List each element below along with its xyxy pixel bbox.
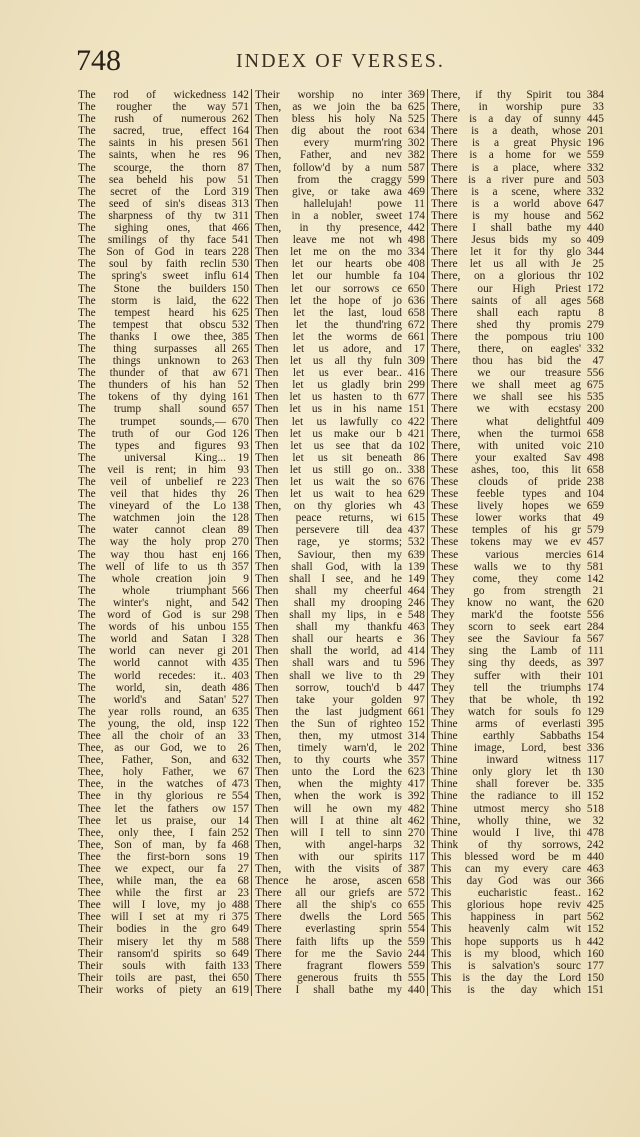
hymn-number: 47	[584, 355, 604, 367]
hymn-number: 623	[405, 766, 425, 778]
index-entry: Then, with the visits of387	[255, 863, 425, 875]
verse-first-line: Thine earthly Sabbaths	[431, 730, 584, 742]
hymn-number: 298	[229, 609, 249, 621]
index-entry: Thee let us praise, our14	[78, 815, 249, 827]
hymn-number: 89	[229, 524, 249, 536]
index-entry: The universal King...19	[78, 452, 249, 464]
verse-first-line: This happiness in part	[431, 911, 584, 923]
index-entry: This heavenly calm wit152	[431, 923, 604, 935]
verse-first-line: There, there, on eagles'	[431, 343, 584, 355]
verse-first-line: The saints, when he res	[78, 149, 229, 161]
verse-first-line: Then shall God, with la	[255, 561, 405, 573]
hymn-number: 559	[584, 149, 604, 161]
index-entry: The trumpet sounds,—670	[78, 416, 249, 428]
hymn-number: 117	[405, 851, 425, 863]
index-entry: These ashes, too, this lit658	[431, 464, 604, 476]
index-entry: Thee we expect, our fa27	[78, 863, 249, 875]
hymn-number: 154	[584, 730, 604, 742]
verse-first-line: The watchmen join the	[78, 512, 229, 524]
index-entry: Then shall I see, and he149	[255, 573, 425, 585]
hymn-number: 262	[229, 113, 249, 125]
hymn-number: 587	[405, 162, 425, 174]
verse-first-line: Thine, wholly thine, we	[431, 815, 584, 827]
verse-first-line: The smilings of thy face	[78, 234, 229, 246]
hymn-number: 200	[584, 403, 604, 415]
hymn-number: 395	[584, 718, 604, 730]
hymn-number: 579	[584, 524, 604, 536]
hymn-number: 102	[405, 440, 425, 452]
verse-first-line: There, with united voic	[431, 440, 584, 452]
verse-first-line: The thunder of that aw	[78, 367, 229, 379]
index-entry: There is a death, whose201	[431, 125, 604, 137]
hymn-number: 473	[229, 778, 249, 790]
hymn-number: 556	[584, 609, 604, 621]
verse-first-line: These clouds of pride	[431, 476, 584, 488]
hymn-number: 440	[584, 222, 604, 234]
index-entry: Thine only glory let th130	[431, 766, 604, 778]
hymn-number: 457	[584, 536, 604, 548]
index-entry: The tempest that obscu532	[78, 319, 249, 331]
verse-first-line: The trump shall sound	[78, 403, 229, 415]
index-entry: This can my every care463	[431, 863, 604, 875]
index-entry: The whole creation join9	[78, 573, 249, 585]
index-entry: There we shall meet ag675	[431, 379, 604, 391]
hymn-number: 244	[405, 948, 425, 960]
index-entry: The veil that hides thy26	[78, 488, 249, 500]
verse-first-line: Then let our humble fa	[255, 270, 405, 282]
hymn-number: 43	[405, 500, 425, 512]
hymn-number: 26	[229, 488, 249, 500]
hymn-number: 614	[584, 549, 604, 561]
verse-first-line: There Jesus bids my so	[431, 234, 584, 246]
verse-first-line: Their bodies in the gro	[78, 923, 229, 935]
index-entry: Then in a nobler, sweet174	[255, 210, 425, 222]
hymn-number: 671	[229, 367, 249, 379]
index-entry: Then shall my drooping246	[255, 597, 425, 609]
index-entry: There shall each raptu8	[431, 307, 604, 319]
hymn-number: 21	[584, 585, 604, 597]
hymn-number: 561	[229, 137, 249, 149]
verse-first-line: These ashes, too, this lit	[431, 464, 584, 476]
index-column-3: There, if thy Spirit tou384There, in wor…	[428, 89, 604, 996]
verse-first-line: The world and Satan I	[78, 633, 229, 645]
index-entry: Then, to thy courts whe357	[255, 754, 425, 766]
verse-first-line: Then peace returns, wi	[255, 512, 405, 524]
verse-first-line: Thine image, Lord, best	[431, 742, 584, 754]
verse-first-line: The types and figures	[78, 440, 229, 452]
hymn-number: 157	[229, 803, 249, 815]
index-entry: Then will I at thine alt462	[255, 815, 425, 827]
hymn-number: 151	[405, 403, 425, 415]
hymn-number: 421	[405, 428, 425, 440]
verse-first-line: The world, sin, death	[78, 682, 229, 694]
verse-first-line: These feeble types and	[431, 488, 584, 500]
verse-first-line: The rougher the way	[78, 101, 229, 113]
index-entry: They sing the Lamb of111	[431, 645, 604, 657]
index-entry: Thine would I live, thi478	[431, 827, 604, 839]
hymn-number: 658	[584, 428, 604, 440]
index-entry: Thee the first-born sons19	[78, 851, 249, 863]
verse-first-line: They mark'd the footste	[431, 609, 584, 621]
hymn-number: 172	[584, 283, 604, 295]
hymn-number: 636	[405, 295, 425, 307]
verse-first-line: Then, then, my utmost	[255, 730, 405, 742]
hymn-number: 425	[584, 899, 604, 911]
verse-first-line: Then bless his holy Na	[255, 113, 405, 125]
hymn-number: 202	[405, 742, 425, 754]
hymn-number: 87	[229, 162, 249, 174]
index-entry: The saints, when he res96	[78, 149, 249, 161]
verse-first-line: The secret of the Lord	[78, 186, 229, 198]
index-entry: The seed of sin's diseas313	[78, 198, 249, 210]
index-entry: Then let us adore, and17	[255, 343, 425, 355]
index-entry: Then let the worms de661	[255, 331, 425, 343]
index-entry: The types and figures93	[78, 440, 249, 452]
hymn-number: 139	[405, 561, 425, 573]
index-entry: There, on a glorious thr102	[431, 270, 604, 282]
hymn-number: 302	[405, 137, 425, 149]
verse-first-line: Then, Saviour, then my	[255, 549, 405, 561]
verse-first-line: Then let the worms de	[255, 331, 405, 343]
hymn-number: 104	[584, 488, 604, 500]
verse-first-line: There everlasting sprin	[255, 923, 405, 935]
index-entry: The spring's sweet influ614	[78, 270, 249, 282]
verse-first-line: There we shall meet ag	[431, 379, 584, 391]
hymn-number: 27	[229, 863, 249, 875]
hymn-number: 559	[405, 960, 425, 972]
index-entry: There is my house and562	[431, 210, 604, 222]
index-entry: This is salvation's sourc177	[431, 960, 604, 972]
hymn-number: 527	[229, 694, 249, 706]
index-entry: Thee, while man, the ea68	[78, 875, 249, 887]
hymn-number: 525	[405, 113, 425, 125]
index-entry: They know no want, the620	[431, 597, 604, 609]
hymn-number: 152	[584, 923, 604, 935]
hymn-number: 242	[584, 839, 604, 851]
verse-first-line: There what delightful	[431, 416, 584, 428]
verse-first-line: These various mercies	[431, 549, 584, 561]
index-entry: Thee, as our God, we to26	[78, 742, 249, 754]
index-entry: These various mercies614	[431, 549, 604, 561]
verse-first-line: Then let the last, loud	[255, 307, 405, 319]
index-entry: The veil is rent; in him93	[78, 464, 249, 476]
index-entry: This is the day the Lord150	[431, 972, 604, 984]
verse-first-line: This is the day which	[431, 984, 584, 996]
hymn-number: 26	[229, 742, 249, 754]
index-entry: This day God was our366	[431, 875, 604, 887]
hymn-number: 530	[229, 258, 249, 270]
index-entry: Then shall the world, ad414	[255, 645, 425, 657]
index-entry: This glorious hope reviv425	[431, 899, 604, 911]
hymn-number: 252	[229, 827, 249, 839]
verse-first-line: The saints in his presen	[78, 137, 229, 149]
verse-first-line: Thee the first-born sons	[78, 851, 229, 863]
index-entry: There let it for thy glo344	[431, 246, 604, 258]
index-entry: There generous fruits th555	[255, 972, 425, 984]
hymn-number: 23	[229, 887, 249, 899]
verse-first-line: The tempest heard his	[78, 307, 229, 319]
index-entry: Then persevere till dea437	[255, 524, 425, 536]
index-entry: The watchmen join the128	[78, 512, 249, 524]
verse-first-line: The world recedes: it..	[78, 670, 229, 682]
hymn-number: 567	[584, 633, 604, 645]
hymn-number: 440	[405, 984, 425, 996]
index-entry: Then let our humble fa104	[255, 270, 425, 282]
hymn-number: 392	[405, 790, 425, 802]
hymn-number: 555	[405, 972, 425, 984]
hymn-number: 313	[229, 198, 249, 210]
verse-first-line: Thine shall forever be.	[431, 778, 584, 790]
verse-first-line: Thee will I love, my jo	[78, 899, 229, 911]
index-entry: Their bodies in the gro649	[78, 923, 249, 935]
verse-first-line: They sing the Lamb of	[431, 645, 584, 657]
hymn-number: 437	[405, 524, 425, 536]
verse-first-line: The vineyard of the Lo	[78, 500, 229, 512]
verse-first-line: There is a day of sunny	[431, 113, 584, 125]
verse-first-line: Then let us wait to hea	[255, 488, 405, 500]
hymn-number: 311	[229, 210, 249, 222]
hymn-number: 93	[229, 464, 249, 476]
verse-first-line: There is a home for we	[431, 149, 584, 161]
hymn-number: 201	[584, 125, 604, 137]
index-entry: Then let us still go on..338	[255, 464, 425, 476]
hymn-number: 466	[229, 222, 249, 234]
index-entry: Then let us lawfully co422	[255, 416, 425, 428]
verse-first-line: The way thou hast enj	[78, 549, 229, 561]
hymn-number: 96	[229, 149, 249, 161]
verse-first-line: Their worship no inter	[255, 89, 405, 101]
hymn-number: 478	[584, 827, 604, 839]
verse-first-line: Thee will I set at my ri	[78, 911, 229, 923]
index-entry: The secret of the Lord319	[78, 186, 249, 198]
hymn-number: 177	[584, 960, 604, 972]
verse-first-line: Then will I tell to sinn	[255, 827, 405, 839]
verse-first-line: Then hallelujah! powe	[255, 198, 405, 210]
hymn-number: 518	[584, 803, 604, 815]
index-entry: There is a place, where332	[431, 162, 604, 174]
verse-first-line: The universal King...	[78, 452, 229, 464]
verse-first-line: Then in a nobler, sweet	[255, 210, 405, 222]
verse-first-line: There the pompous triu	[431, 331, 584, 343]
hymn-number: 556	[584, 367, 604, 379]
hymn-number: 655	[405, 899, 425, 911]
hymn-number: 554	[229, 790, 249, 802]
index-entry: Then from the craggy599	[255, 174, 425, 186]
verse-first-line: There our High Priest	[431, 283, 584, 295]
verse-first-line: Then every murm'ring	[255, 137, 405, 149]
hymn-number: 650	[229, 972, 249, 984]
hymn-number: 619	[229, 984, 249, 996]
hymn-number: 86	[405, 452, 425, 464]
hymn-number: 210	[584, 440, 604, 452]
index-entry: This eucharistic feast..162	[431, 887, 604, 899]
hymn-number: 625	[229, 307, 249, 319]
verse-first-line: The sacred, true, effect	[78, 125, 229, 137]
hymn-number: 375	[229, 911, 249, 923]
index-entry: The tokens of thy dying161	[78, 391, 249, 403]
hymn-number: 532	[229, 319, 249, 331]
verse-first-line: The tokens of thy dying	[78, 391, 229, 403]
hymn-number: 32	[405, 839, 425, 851]
index-entry: Their works of piety an619	[78, 984, 249, 996]
index-entry: Then will he own my482	[255, 803, 425, 815]
hymn-number: 357	[229, 561, 249, 573]
hymn-number: 334	[405, 246, 425, 258]
verse-first-line: There let it for thy glo	[431, 246, 584, 258]
hymn-number: 488	[229, 899, 249, 911]
verse-first-line: Then shall we live to th	[255, 670, 405, 682]
verse-first-line: Thence he arose, ascen	[255, 875, 405, 887]
hymn-number: 174	[405, 210, 425, 222]
hymn-number: 417	[405, 778, 425, 790]
verse-first-line: There fragrant flowers	[255, 960, 405, 972]
index-entry: Then, then, my utmost314	[255, 730, 425, 742]
hymn-number: 100	[584, 331, 604, 343]
hymn-number: 9	[229, 573, 249, 585]
hymn-number: 111	[584, 645, 604, 657]
index-entry: This is my blood, which160	[431, 948, 604, 960]
index-entry: Thee, Father, Son, and632	[78, 754, 249, 766]
verse-first-line: The Son of God in tears	[78, 246, 229, 258]
index-entry: Then will I tell to sinn270	[255, 827, 425, 839]
verse-first-line: Then shall my cheerful	[255, 585, 405, 597]
verse-first-line: These tokens may we ev	[431, 536, 584, 548]
verse-first-line: Their souls with faith	[78, 960, 229, 972]
page-number: 748	[76, 44, 121, 78]
verse-first-line: These walls we to thy	[431, 561, 584, 573]
hymn-number: 397	[584, 657, 604, 669]
verse-first-line: Then let us adore, and	[255, 343, 405, 355]
verse-first-line: The young, the old, insp	[78, 718, 229, 730]
verse-first-line: Then the last judgment	[255, 706, 405, 718]
verse-first-line: There your exalted Sav	[431, 452, 584, 464]
verse-first-line: There is a death, whose	[431, 125, 584, 137]
index-entry: The sacred, true, effect164	[78, 125, 249, 137]
index-entry: Then let our sorrows ce650	[255, 283, 425, 295]
index-entry: Then take your golden97	[255, 694, 425, 706]
verse-first-line: There dwells the Lord	[255, 911, 405, 923]
index-entry: The world recedes: it..403	[78, 670, 249, 682]
verse-first-line: Then, with the visits of	[255, 863, 405, 875]
verse-first-line: The world can never gi	[78, 645, 229, 657]
verse-first-line: Then, follow'd by a num	[255, 162, 405, 174]
index-entry: The world cannot with435	[78, 657, 249, 669]
hymn-number: 554	[405, 923, 425, 935]
index-entry: There is a home for we559	[431, 149, 604, 161]
hymn-number: 14	[229, 815, 249, 827]
hymn-number: 503	[584, 174, 604, 186]
hymn-number: 462	[405, 815, 425, 827]
index-entry: There let us all with Je25	[431, 258, 604, 270]
verse-first-line: Then shall our hearts e	[255, 633, 405, 645]
hymn-number: 649	[229, 923, 249, 935]
index-entry: Then let the hope of jo636	[255, 295, 425, 307]
index-entry: Thine arms of everlasti395	[431, 718, 604, 730]
verse-first-line: The rush of numerous	[78, 113, 229, 125]
hymn-number: 335	[584, 778, 604, 790]
hymn-number: 357	[405, 754, 425, 766]
hymn-number: 442	[405, 222, 425, 234]
index-entry: These walls we to thy581	[431, 561, 604, 573]
hymn-number: 150	[229, 283, 249, 295]
hymn-number: 263	[229, 355, 249, 367]
hymn-number: 314	[405, 730, 425, 742]
verse-first-line: There shall each raptu	[431, 307, 584, 319]
verse-first-line: This hope supports us h	[431, 936, 584, 948]
verse-first-line: This heavenly calm wit	[431, 923, 584, 935]
hymn-number: 142	[229, 89, 249, 101]
index-entry: There, there, on eagles'332	[431, 343, 604, 355]
verse-first-line: Then persevere till dea	[255, 524, 405, 536]
verse-first-line: There, when the turmoi	[431, 428, 584, 440]
index-entry: The vineyard of the Lo138	[78, 500, 249, 512]
index-entry: Then let us wait to hea629	[255, 488, 425, 500]
verse-first-line: There we with ecstasy	[431, 403, 584, 415]
verse-first-line: The seed of sin's diseas	[78, 198, 229, 210]
verse-first-line: Thine only glory let th	[431, 766, 584, 778]
index-entry: There is a great Physic196	[431, 137, 604, 149]
hymn-number: 160	[584, 948, 604, 960]
verse-first-line: There, on a glorious thr	[431, 270, 584, 282]
hymn-number: 152	[584, 790, 604, 802]
index-entry: The young, the old, insp122	[78, 718, 249, 730]
hymn-number: 67	[229, 766, 249, 778]
index-entry: Then, on thy glories wh43	[255, 500, 425, 512]
index-entry: Then rage, ye storms;532	[255, 536, 425, 548]
hymn-number: 332	[584, 186, 604, 198]
hymn-number: 161	[229, 391, 249, 403]
verse-first-line: Thine inward witness	[431, 754, 584, 766]
index-entry: They come, they come142	[431, 573, 604, 585]
index-entry: The thunders of his han52	[78, 379, 249, 391]
index-entry: The Son of God in tears228	[78, 246, 249, 258]
index-entry: There thou has bid the47	[431, 355, 604, 367]
hymn-number: 238	[584, 476, 604, 488]
hymn-number: 228	[229, 246, 249, 258]
hymn-number: 138	[229, 500, 249, 512]
index-entry: The trump shall sound657	[78, 403, 249, 415]
index-entry: Then shall my lips, in e548	[255, 609, 425, 621]
verse-first-line: Thee in thy glorious re	[78, 790, 229, 802]
hymn-number: 596	[405, 657, 425, 669]
index-entry: These temples of his gr579	[431, 524, 604, 536]
verse-first-line: This can my every care	[431, 863, 584, 875]
hymn-number: 541	[229, 234, 249, 246]
hymn-number: 104	[405, 270, 425, 282]
verse-first-line: The Stone the builders	[78, 283, 229, 295]
verse-first-line: Thee, Son of man, by fa	[78, 839, 229, 851]
index-entry: Their misery let thy m588	[78, 936, 249, 948]
index-entry: There is a river pure and503	[431, 174, 604, 186]
hymn-number: 672	[405, 319, 425, 331]
index-entry: Then let us gladly brin299	[255, 379, 425, 391]
verse-first-line: They watch for souls fo	[431, 706, 584, 718]
verse-first-line: Then dig about the root	[255, 125, 405, 137]
hymn-number: 33	[229, 730, 249, 742]
hymn-number: 463	[405, 621, 425, 633]
verse-first-line: The thanks I owe thee,	[78, 331, 229, 343]
index-entry: Then let our hearts obe408	[255, 258, 425, 270]
hymn-number: 469	[405, 186, 425, 198]
index-entry: Then, when the mighty417	[255, 778, 425, 790]
hymn-number: 670	[229, 416, 249, 428]
verse-first-line: The year rolls round, an	[78, 706, 229, 718]
verse-first-line: Then give, or take awa	[255, 186, 405, 198]
verse-first-line: Then let us in his name	[255, 403, 405, 415]
verse-first-line: There all our griefs are	[255, 887, 405, 899]
index-entry: There saints of all ages568	[431, 295, 604, 307]
hymn-number: 93	[229, 440, 249, 452]
